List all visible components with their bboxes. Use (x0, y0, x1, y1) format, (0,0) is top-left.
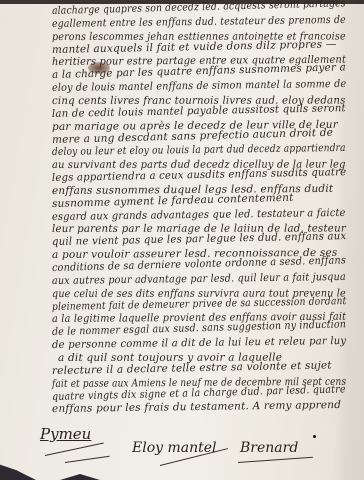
torn-edge (60, 474, 100, 480)
manuscript-line: deloy ou leur et eloy ou louis la part d… (52, 142, 346, 158)
signature-flourish (65, 456, 110, 463)
manuscript-line: enffans pour les frais du testament. A r… (52, 399, 341, 415)
manuscript-line: aux autres pour advantage par lesd. quil… (52, 271, 346, 287)
manuscript-line: esgard aux grands advantages que led. te… (52, 206, 346, 222)
signature-pymeu: Pymeu (40, 425, 91, 443)
manuscript-line: egallement entre les enffans dud. testat… (52, 14, 346, 30)
ink-dot (313, 435, 316, 438)
signature-flourish (45, 443, 104, 456)
signature-flourish (238, 457, 313, 463)
manuscript-page: alacharge quapres son decedz led. acques… (0, 0, 364, 480)
torn-corner (0, 458, 36, 480)
manuscript-line: de personne comme il a dit de la lui leu… (52, 335, 346, 351)
signature-brenard: Brenard (240, 440, 298, 456)
manuscript-line: eloy de louis mantel enffans de simon ma… (52, 78, 346, 94)
